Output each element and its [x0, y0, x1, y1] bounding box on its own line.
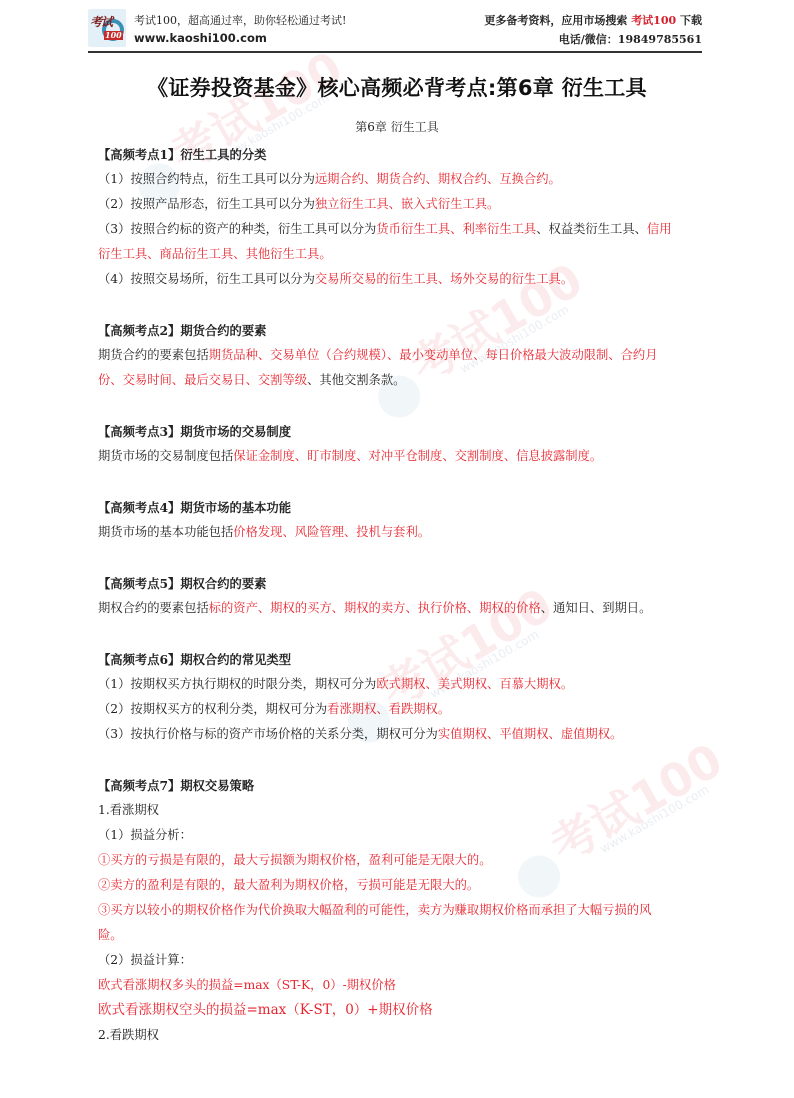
section-3: 【高频考点3】期货市场的交易制度期货市场的交易制度包括保证金制度、盯市制度、对冲…	[98, 419, 698, 469]
text-line: （3）按照合约标的资产的种类，衍生工具可以分为货币衍生工具、利率衍生工具、权益类…	[98, 217, 698, 242]
highlight-text: 信用	[647, 222, 672, 236]
promo-brand: 考试100	[631, 14, 676, 27]
plain-text: （1）按期权买方执行期权的时限分类，期权可分为	[98, 677, 376, 691]
section-heading: 【高频考点1】衍生工具的分类	[98, 142, 698, 167]
text-line: ②卖方的盈利是有限的，最大盈利为期权价格，亏损可能是无限大的。	[98, 873, 698, 898]
section-spacer	[98, 393, 698, 419]
section-7: 【高频考点7】期权交易策略1.看涨期权（1）损益分析：①买方的亏损是有限的，最大…	[98, 773, 698, 1048]
plain-text: 期货市场的基本功能包括	[98, 525, 233, 539]
plain-text: （1）按照合约特点，衍生工具可以分为	[98, 172, 315, 186]
promo-suffix: 下载	[676, 14, 702, 27]
plain-text: （2）按期权买方的权利分类，期权可分为	[98, 702, 327, 716]
highlight-text: 份、交易时间、最后交易日、交割等级	[98, 373, 307, 387]
highlight-text: 险。	[98, 928, 123, 942]
highlight-text: 衍生工具、商品衍生工具、其他衍生工具。	[98, 247, 332, 261]
text-line: ①买方的亏损是有限的，最大亏损额为期权价格，盈利可能是无限大的。	[98, 848, 698, 873]
section-6: 【高频考点6】期权合约的常见类型（1）按期权买方执行期权的时限分类，期权可分为欧…	[98, 647, 698, 747]
text-line: 期货市场的基本功能包括价格发现、风险管理、投机与套利。	[98, 520, 698, 545]
text-line: （1）按照合约特点，衍生工具可以分为远期合约、期货合约、期权合约、互换合约。	[98, 167, 698, 192]
highlight-text: 独立衍生工具、嵌入式衍生工具。	[315, 197, 499, 211]
plain-text: 、通知日、到期日。	[541, 601, 652, 615]
text-line: （2）按照产品形态，衍生工具可以分为独立衍生工具、嵌入式衍生工具。	[98, 192, 698, 217]
highlight-text: 期货品种、交易单位（合约规模）、最小变动单位、每日价格最大波动限制、合约月	[209, 348, 658, 362]
plain-text: （2）按照产品形态，衍生工具可以分为	[98, 197, 315, 211]
section-2: 【高频考点2】期货合约的要素期货合约的要素包括期货品种、交易单位（合约规模）、最…	[98, 318, 698, 393]
plain-text: （2）损益计算：	[98, 953, 192, 967]
plain-text: 期货市场的交易制度包括	[98, 449, 233, 463]
plain-text: 1.看涨期权	[98, 803, 159, 817]
section-spacer	[98, 545, 698, 571]
highlight-text: 交易所交易的衍生工具、场外交易的衍生工具。	[315, 272, 573, 286]
plain-text: （1）损益分析：	[98, 828, 192, 842]
highlight-text: 实值期权、平值期权、虚值期权。	[438, 727, 622, 741]
highlight-text: 欧式看涨期权多头的损益=max（ST-K，0）-期权价格	[98, 978, 396, 992]
highlight-text: 货币衍生工具、利率衍生工具	[376, 222, 536, 236]
highlight-text: ①买方的亏损是有限的，最大亏损额为期权价格，盈利可能是无限大的。	[98, 853, 492, 867]
plain-text: 期货合约的要素包括	[98, 348, 209, 362]
header-slogan: 考试100，超高通过率，助你轻松通过考试!	[134, 12, 346, 28]
logo-badge: 100	[104, 31, 123, 40]
section-spacer	[98, 469, 698, 495]
section-spacer	[98, 292, 698, 318]
section-spacer	[98, 621, 698, 647]
text-line: 期货合约的要素包括期货品种、交易单位（合约规模）、最小变动单位、每日价格最大波动…	[98, 343, 698, 368]
logo-text: 考试	[90, 13, 112, 30]
text-line: （1）按期权买方执行期权的时限分类，期权可分为欧式期权、美式期权、百慕大期权。	[98, 672, 698, 697]
highlight-text: 欧式期权、美式期权、百慕大期权。	[376, 677, 573, 691]
text-line: 2.看跌期权	[98, 1023, 698, 1048]
document-title: 《证券投资基金》核心高频必背考点:第6章 衍生工具	[0, 72, 794, 102]
section-1: 【高频考点1】衍生工具的分类（1）按照合约特点，衍生工具可以分为远期合约、期货合…	[98, 142, 698, 292]
kaoshi100-logo-icon: 考试 100	[88, 9, 126, 47]
section-heading: 【高频考点7】期权交易策略	[98, 773, 698, 798]
page-header: 考试 100 考试100，超高通过率，助你轻松通过考试! www.kaoshi1…	[88, 8, 702, 52]
highlight-text: 看涨期权、看跌期权。	[327, 702, 450, 716]
text-line: （3）按执行价格与标的资产市场价格的关系分类，期权可分为实值期权、平值期权、虚值…	[98, 722, 698, 747]
text-line: （2）按期权买方的权利分类，期权可分为看涨期权、看跌期权。	[98, 697, 698, 722]
text-line: 份、交易时间、最后交易日、交割等级、其他交割条款。	[98, 368, 698, 393]
document-subtitle: 第6章 衍生工具	[0, 118, 794, 135]
plain-text: 、其他交割条款。	[307, 373, 405, 387]
section-heading: 【高频考点4】期货市场的基本功能	[98, 495, 698, 520]
highlight-text: 标的资产、期权的买方、期权的卖方、执行价格、期权的价格	[209, 601, 541, 615]
document-body: 【高频考点1】衍生工具的分类（1）按照合约特点，衍生工具可以分为远期合约、期货合…	[98, 142, 698, 1048]
plain-text: （3）按照合约标的资产的种类，衍生工具可以分为	[98, 222, 376, 236]
highlight-text: ②卖方的盈利是有限的，最大盈利为期权价格，亏损可能是无限大的。	[98, 878, 479, 892]
section-heading: 【高频考点6】期权合约的常见类型	[98, 647, 698, 672]
highlight-text: 保证金制度、盯市制度、对冲平仓制度、交割制度、信息披露制度。	[233, 449, 602, 463]
header-contact: 电话/微信：19849785561	[559, 31, 702, 47]
highlight-text: ③买方以较小的期权价格作为代价换取大幅盈利的可能性，卖方为赚取期权价格而承担了大…	[98, 903, 651, 917]
plain-text: 2.看跌期权	[98, 1028, 159, 1042]
plain-text: （4）按照交易场所，衍生工具可以分为	[98, 272, 315, 286]
section-spacer	[98, 747, 698, 773]
text-line: 欧式看涨期权多头的损益=max（ST-K，0）-期权价格	[98, 973, 698, 998]
text-line: （2）损益计算：	[98, 948, 698, 973]
section-heading: 【高频考点5】期权合约的要素	[98, 571, 698, 596]
section-heading: 【高频考点3】期货市场的交易制度	[98, 419, 698, 444]
text-line: 期货市场的交易制度包括保证金制度、盯市制度、对冲平仓制度、交割制度、信息披露制度…	[98, 444, 698, 469]
plain-text: （3）按执行价格与标的资产市场价格的关系分类，期权可分为	[98, 727, 438, 741]
text-line: 险。	[98, 923, 698, 948]
header-website-link[interactable]: www.kaoshi100.com	[134, 31, 267, 45]
promo-prefix: 更多备考资料，应用市场搜索	[484, 14, 631, 27]
text-line: （4）按照交易场所，衍生工具可以分为交易所交易的衍生工具、场外交易的衍生工具。	[98, 267, 698, 292]
text-line: 衍生工具、商品衍生工具、其他衍生工具。	[98, 242, 698, 267]
section-4: 【高频考点4】期货市场的基本功能期货市场的基本功能包括价格发现、风险管理、投机与…	[98, 495, 698, 545]
text-line: 1.看涨期权	[98, 798, 698, 823]
highlight-text: 欧式看涨期权空头的损益=max（K-ST，0）+期权价格	[98, 1002, 433, 1018]
header-promo: 更多备考资料，应用市场搜索 考试100 下载	[484, 12, 702, 28]
section-5: 【高频考点5】期权合约的要素期权合约的要素包括标的资产、期权的买方、期权的卖方、…	[98, 571, 698, 621]
header-divider	[88, 51, 702, 53]
text-line: （1）损益分析：	[98, 823, 698, 848]
text-line: ③买方以较小的期权价格作为代价换取大幅盈利的可能性，卖方为赚取期权价格而承担了大…	[98, 898, 698, 923]
highlight-text: 价格发现、风险管理、投机与套利。	[233, 525, 430, 539]
section-heading: 【高频考点2】期货合约的要素	[98, 318, 698, 343]
plain-text: 、权益类衍生工具、	[536, 222, 647, 236]
plain-text: 期权合约的要素包括	[98, 601, 209, 615]
text-line: 欧式看涨期权空头的损益=max（K-ST，0）+期权价格	[98, 998, 698, 1023]
highlight-text: 远期合约、期货合约、期权合约、互换合约。	[315, 172, 561, 186]
text-line: 期权合约的要素包括标的资产、期权的买方、期权的卖方、执行价格、期权的价格、通知日…	[98, 596, 698, 621]
